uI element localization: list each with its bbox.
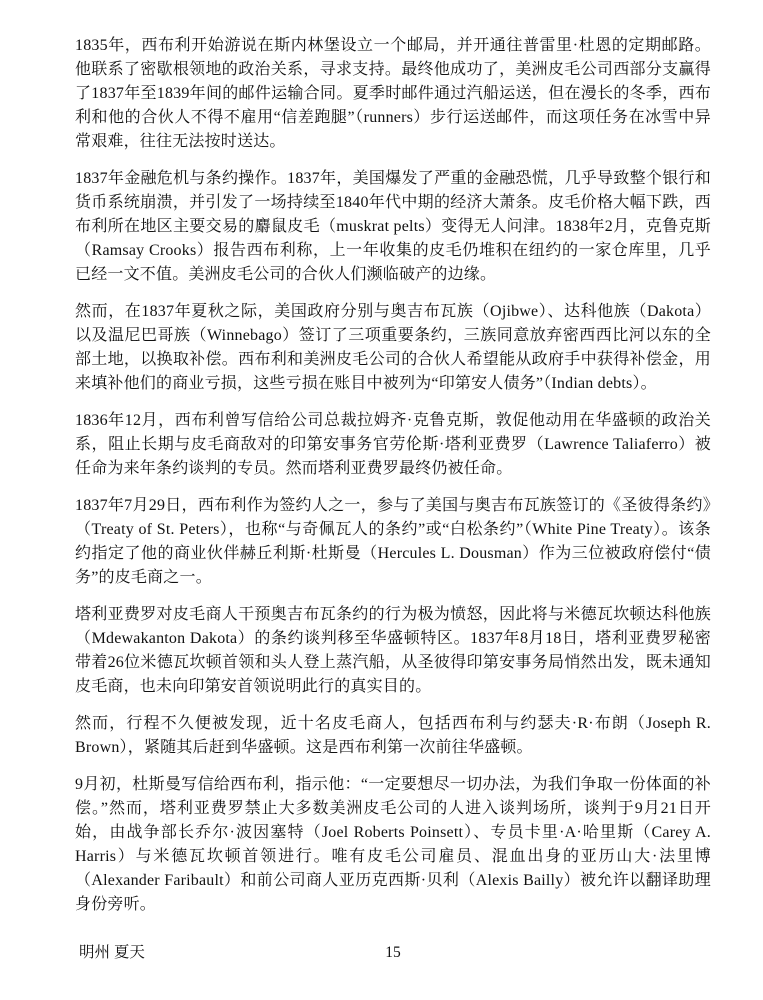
document-page: 1835年，西布利开始游说在斯内林堡设立一个邮局，并开通往普雷里·杜恩的定期邮路… (0, 0, 763, 1000)
paragraph: 塔利亚费罗对皮毛商人干预奥吉布瓦条约的行为极为愤怒，因此将与米德瓦坎顿达科他族（… (75, 603, 711, 699)
paragraph: 1836年12月，西布利曾写信给公司总裁拉姆齐·克鲁克斯，敦促他动用在华盛顿的政… (75, 409, 711, 481)
page-number: 15 (75, 941, 711, 965)
document-body: 1835年，西布利开始游说在斯内林堡设立一个邮局，并开通往普雷里·杜恩的定期邮路… (75, 34, 711, 930)
paragraph: 1835年，西布利开始游说在斯内林堡设立一个邮局，并开通往普雷里·杜恩的定期邮路… (75, 34, 711, 154)
paragraph: 然而，在1837年夏秋之际，美国政府分别与奥吉布瓦族（Ojibwe）、达科他族（… (75, 300, 711, 396)
paragraph: 1837年金融危机与条约操作。1837年，美国爆发了严重的金融恐慌，几乎导致整个… (75, 167, 711, 287)
paragraph: 然而，行程不久便被发现，近十名皮毛商人，包括西布利与约瑟夫·R·布朗（Josep… (75, 712, 711, 760)
page-footer: 明州 夏天 15 (75, 941, 711, 965)
paragraph: 1837年7月29日，西布利作为签约人之一，参与了美国与奥吉布瓦族签订的《圣彼得… (75, 494, 711, 590)
paragraph: 9月初，杜斯曼写信给西布利，指示他：“一定要想尽一切办法，为我们争取一份体面的补… (75, 773, 711, 917)
